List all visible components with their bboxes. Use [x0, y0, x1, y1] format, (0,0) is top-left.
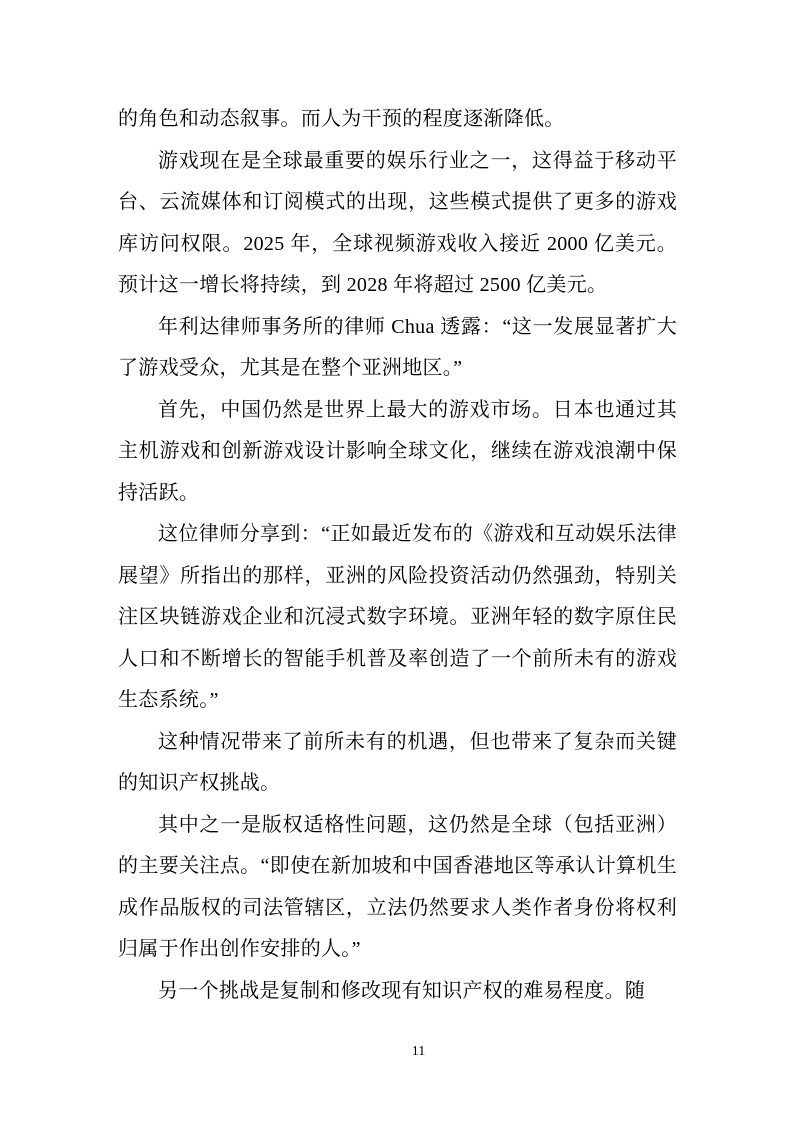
paragraph-gaming-industry: 游戏现在是全球最重要的娱乐行业之一，这得益于移动平台、云流媒体和订阅模式的出现，… [118, 141, 677, 307]
paragraph-continuation: 的角色和动态叙事。而人为干预的程度逐渐降低。 [118, 99, 677, 141]
paragraph-china-japan-markets: 首先，中国仍然是世界上最大的游戏市场。日本也通过其主机游戏和创新游戏设计影响全球… [118, 390, 677, 515]
paragraph-lawyer-quote-audience: 年利达律师事务所的律师 Chua 透露：“这一发展显著扩大了游戏受众，尤其是在整… [118, 307, 677, 390]
paragraph-ip-challenges: 这种情况带来了前所未有的机遇，但也带来了复杂而关键的知识产权挑战。 [118, 722, 677, 805]
document-page: 的角色和动态叙事。而人为干预的程度逐渐降低。 游戏现在是全球最重要的娱乐行业之一… [0, 0, 793, 1122]
page-text-body: 的角色和动态叙事。而人为干预的程度逐渐降低。 游戏现在是全球最重要的娱乐行业之一… [118, 99, 677, 1012]
paragraph-copy-modify-challenge: 另一个挑战是复制和修改现有知识产权的难易程度。随 [118, 971, 677, 1013]
paragraph-lawyer-quote-outlook: 这位律师分享到：“正如最近发布的《游戏和互动娱乐法律展望》所指出的那样，亚洲的风… [118, 514, 677, 722]
paragraph-copyright-eligibility: 其中之一是版权适格性问题，这仍然是全球（包括亚洲）的主要关注点。“即使在新加坡和… [118, 805, 677, 971]
page-number: 11 [0, 1043, 793, 1061]
